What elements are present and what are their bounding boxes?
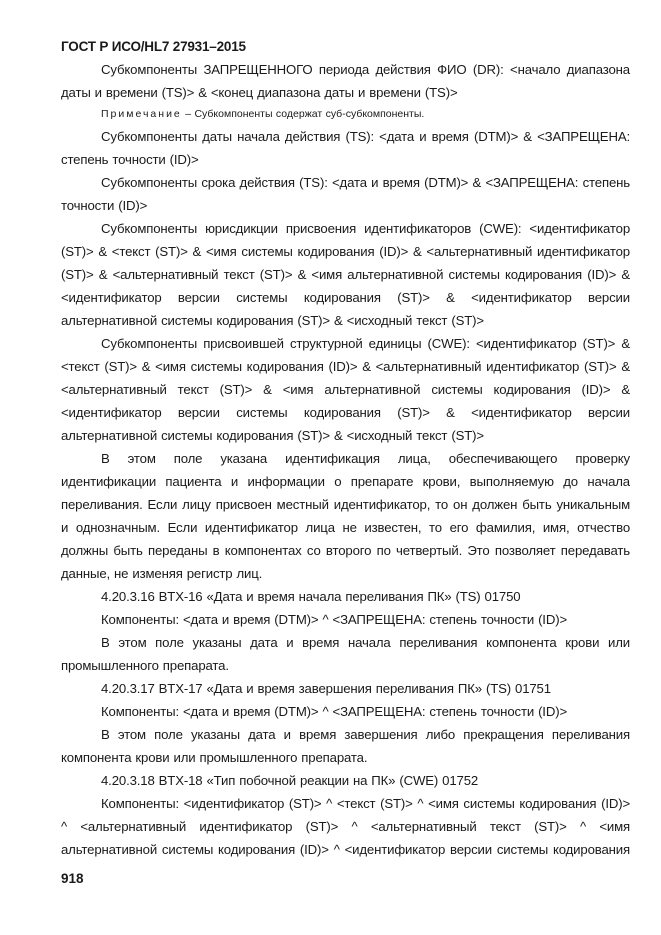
document-page: ГОСТ Р ИСО/HL7 27931–2015 Субкомпоненты … bbox=[61, 38, 630, 861]
section-heading-btx16: 4.20.3.16 BTX-16 «Дата и время начала пе… bbox=[61, 585, 630, 608]
paragraph-btx18-components: Компоненты: <идентификатор (ST)> ^ <текс… bbox=[61, 792, 630, 861]
paragraph-btx17-description: В этом поле указаны дата и время заверше… bbox=[61, 723, 630, 769]
note-text: – Субкомпоненты содержат суб-субкомпонен… bbox=[182, 108, 425, 120]
paragraph-btx17-components: Компоненты: <дата и время (DTM)> ^ <ЗАПР… bbox=[61, 700, 630, 723]
section-heading-btx18: 4.20.3.18 BTX-18 «Тип побочной реакции н… bbox=[61, 769, 630, 792]
page-number: 918 bbox=[61, 871, 84, 886]
paragraph-expiration-date: Субкомпоненты срока действия (TS): <дата… bbox=[61, 171, 630, 217]
paragraph-btx16-description: В этом поле указаны дата и время начала … bbox=[61, 631, 630, 677]
paragraph-assigning-jurisdiction: Субкомпоненты юрисдикции присвоения иден… bbox=[61, 217, 630, 332]
section-heading-btx17: 4.20.3.17 BTX-17 «Дата и время завершени… bbox=[61, 677, 630, 700]
paragraph-btx16-components: Компоненты: <дата и время (DTM)> ^ <ЗАПР… bbox=[61, 608, 630, 631]
note-label: Примечание bbox=[101, 108, 182, 120]
note-paragraph: Примечание – Субкомпоненты содержат суб-… bbox=[61, 104, 630, 125]
document-header: ГОСТ Р ИСО/HL7 27931–2015 bbox=[61, 38, 630, 56]
paragraph-assigning-unit: Субкомпоненты присвоившей структурной ед… bbox=[61, 332, 630, 447]
paragraph-field-description: В этом поле указана идентификация лица, … bbox=[61, 447, 630, 585]
paragraph-effective-date: Субкомпоненты даты начала действия (TS):… bbox=[61, 125, 630, 171]
paragraph-prohibited-period: Субкомпоненты ЗАПРЕЩЕННОГО периода дейст… bbox=[61, 58, 630, 104]
